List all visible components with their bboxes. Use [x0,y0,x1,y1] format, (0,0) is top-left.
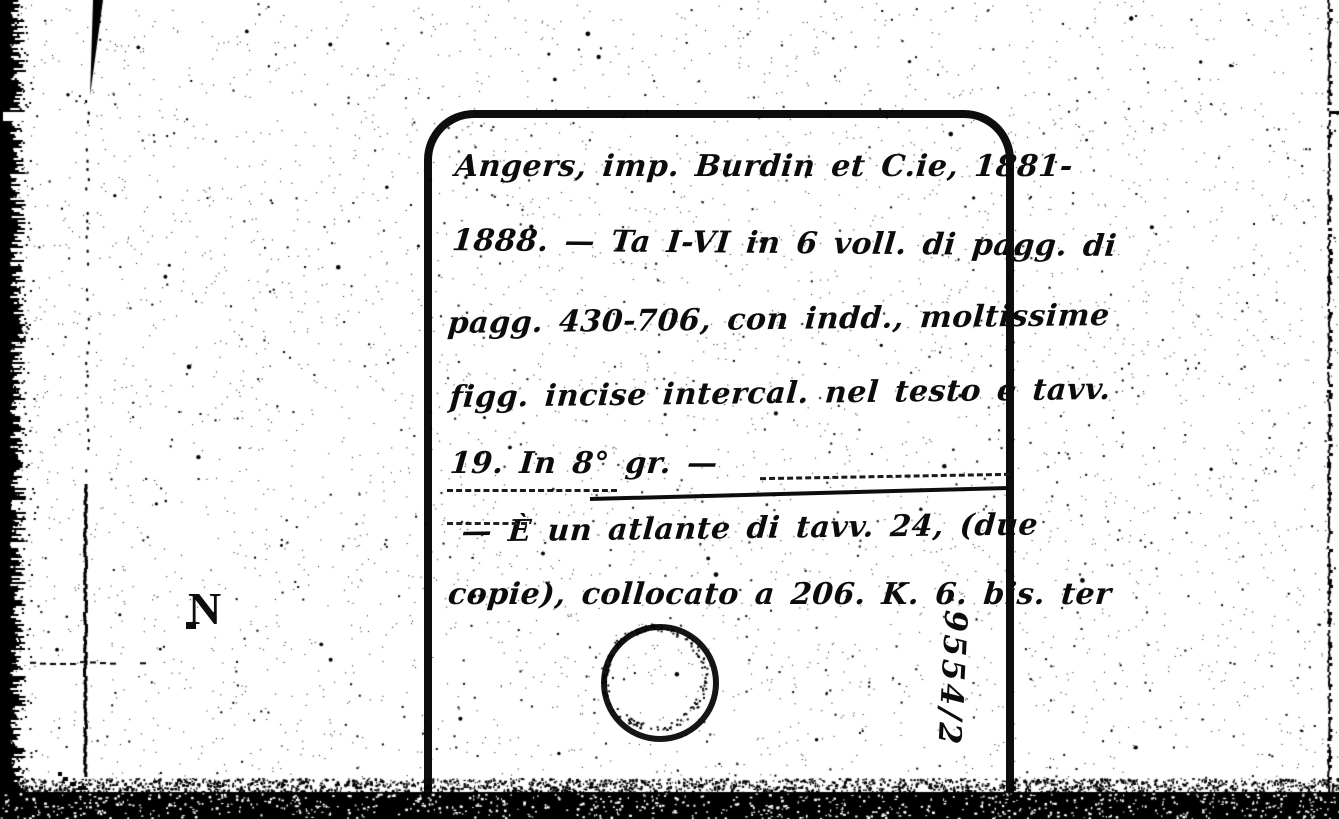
card-line-2: 1888. — Ta I-VI in 6 voll. di pagg. di [451,226,1118,262]
ink-blot [186,622,196,629]
card-line-3: pagg. 430-706, con indd., moltissime [447,301,1111,339]
rotated-inventory-number: 9554/2 [930,609,973,748]
card-line-4: figg. incise intercal. nel testo e tavv. [449,375,1112,413]
dashed-rule [447,522,527,525]
dashed-rule [447,489,617,492]
card-line-1: Angers, imp. Burdin et C.ie, 1881- [454,152,1074,182]
hole-punch-ring [601,624,719,742]
scanned-catalog-card-page: Angers, imp. Burdin et C.ie, 1881- 1888.… [0,0,1339,819]
card-line-5: 19. In 8° gr. — [449,449,719,479]
card-line-7: copie), collocato a 206. K. 6. bis. ter [447,580,1113,610]
card-line-6: — È un atlante di tavv. 24, (due [461,510,1040,547]
